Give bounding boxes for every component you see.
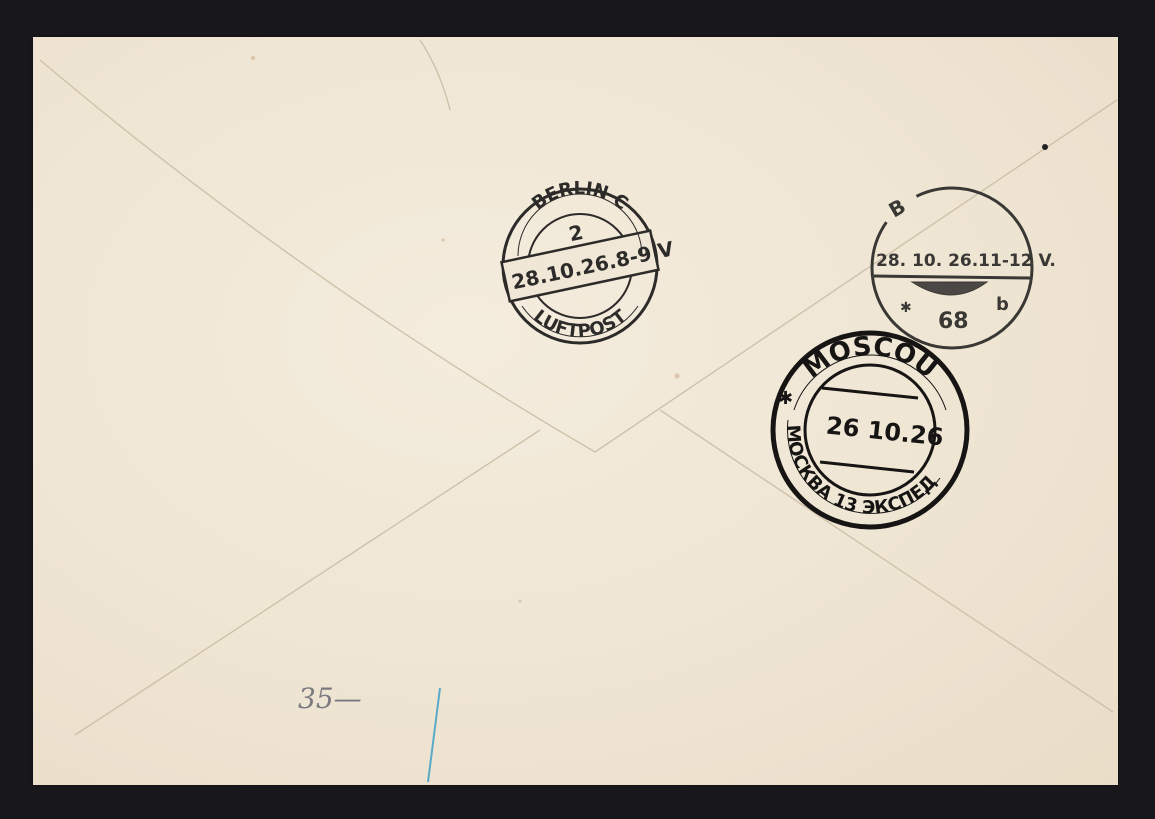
pencil-note: 35— (298, 682, 362, 715)
svg-text:b: b (996, 294, 1009, 315)
postmark-berlin-luftpost: 28.10.26.8-9 V 2 BERLIN C LUFTPOST (496, 178, 677, 343)
svg-text:BERLIN C: BERLIN C (528, 178, 632, 214)
svg-text:2: 2 (567, 220, 586, 246)
svg-text:68: 68 (938, 309, 969, 334)
svg-text:26 10.26: 26 10.26 (825, 411, 945, 451)
svg-text:LUFTPOST: LUFTPOST (529, 305, 631, 342)
svg-text:✱: ✱ (900, 300, 912, 316)
blue-pencil-mark (428, 688, 440, 782)
svg-text:28. 10. 26.11-12 V.: 28. 10. 26.11-12 V. (876, 251, 1056, 271)
envelope-details: 28.10.26.8-9 V 2 BERLIN C LUFTPOST 28. 1… (0, 0, 1155, 819)
postmark-moscow: 26 10.26 MOSCOU МОСКВА 13 ЭКСПЕД ✱ (773, 332, 967, 527)
postmark-berlin-68: 28. 10. 26.11-12 V. 68 b ✱ B (872, 188, 1056, 348)
svg-text:MOSCOU: MOSCOU (798, 332, 943, 385)
hole (1042, 144, 1048, 150)
svg-text:✱: ✱ (778, 388, 793, 409)
svg-text:B: B (885, 194, 910, 222)
